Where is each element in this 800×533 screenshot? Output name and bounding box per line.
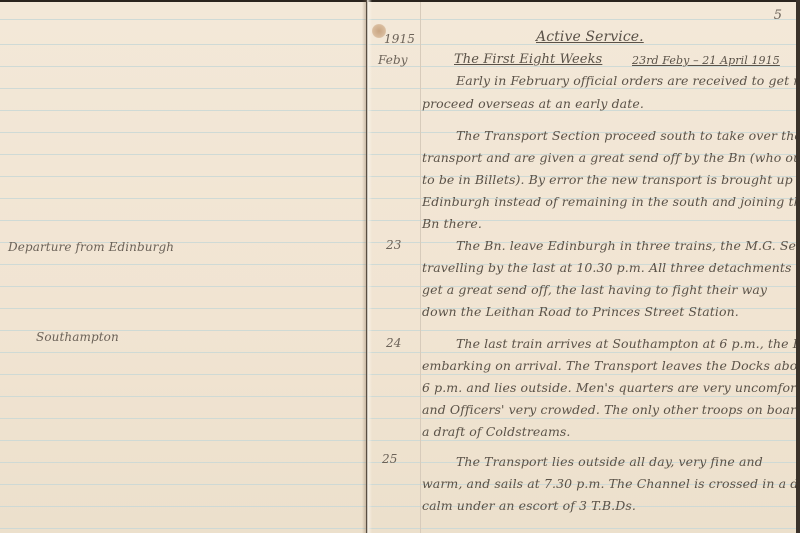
- diary-spread: Departure from Edinburgh Southampton 5 1…: [0, 0, 800, 533]
- entry-line: get a great send off, the last having to…: [422, 282, 767, 297]
- book-gutter: [362, 0, 372, 533]
- ink-stain: [372, 24, 386, 38]
- entry-line: and Officers' very crowded. The only oth…: [422, 402, 796, 417]
- entry-line: travelling by the last at 10.30 p.m. All…: [422, 260, 792, 275]
- entry-line: down the Leithan Road to Princes Street …: [422, 304, 739, 319]
- entry-date: 23: [386, 238, 401, 252]
- page-edge: [796, 0, 800, 533]
- margin-note-departure: Departure from Edinburgh: [8, 240, 174, 254]
- entry-line: warm, and sails at 7.30 p.m. The Channel…: [422, 476, 796, 491]
- margin-note-southampton: Southampton: [36, 330, 119, 344]
- entry-line: The Transport lies outside all day, very…: [456, 454, 763, 469]
- year-label: 1915: [384, 32, 415, 46]
- section-title: The First Eight Weeks: [454, 52, 602, 67]
- entry-line: transport and are given a great send off…: [422, 150, 796, 165]
- entry-line: proceed overseas at an early date.: [422, 96, 644, 111]
- entry-line: embarking on arrival. The Transport leav…: [422, 358, 796, 373]
- entry-line: Early in February official orders are re…: [456, 73, 796, 88]
- page-number: 5: [774, 8, 782, 23]
- right-page: 5 1915 Feby Active Service. The First Ei…: [368, 2, 796, 533]
- entry-line: 6 p.m. and lies outside. Men's quarters …: [422, 380, 796, 395]
- page-heading: Active Service.: [536, 29, 644, 45]
- date-range: 23rd Feby – 21 April 1915: [632, 54, 780, 67]
- month-label: Feby: [378, 53, 408, 67]
- entry-line: calm under an escort of 3 T.B.Ds.: [422, 498, 636, 513]
- entry-line: The last train arrives at Southampton at…: [456, 336, 796, 351]
- entry-line: The Bn. leave Edinburgh in three trains,…: [456, 238, 796, 253]
- entry-line: a draft of Coldstreams.: [422, 424, 571, 439]
- entry-line: Edinburgh instead of remaining in the so…: [422, 194, 796, 209]
- left-page: Departure from Edinburgh Southampton: [0, 2, 366, 533]
- margin-rule: [420, 2, 421, 533]
- entry-date: 24: [386, 336, 401, 350]
- entry-line: Bn there.: [422, 216, 482, 231]
- entry-date: 25: [382, 452, 397, 466]
- entry-line: The Transport Section proceed south to t…: [456, 128, 796, 143]
- entry-line: to be in Billets). By error the new tran…: [422, 172, 796, 187]
- ruled-lines: [0, 2, 366, 533]
